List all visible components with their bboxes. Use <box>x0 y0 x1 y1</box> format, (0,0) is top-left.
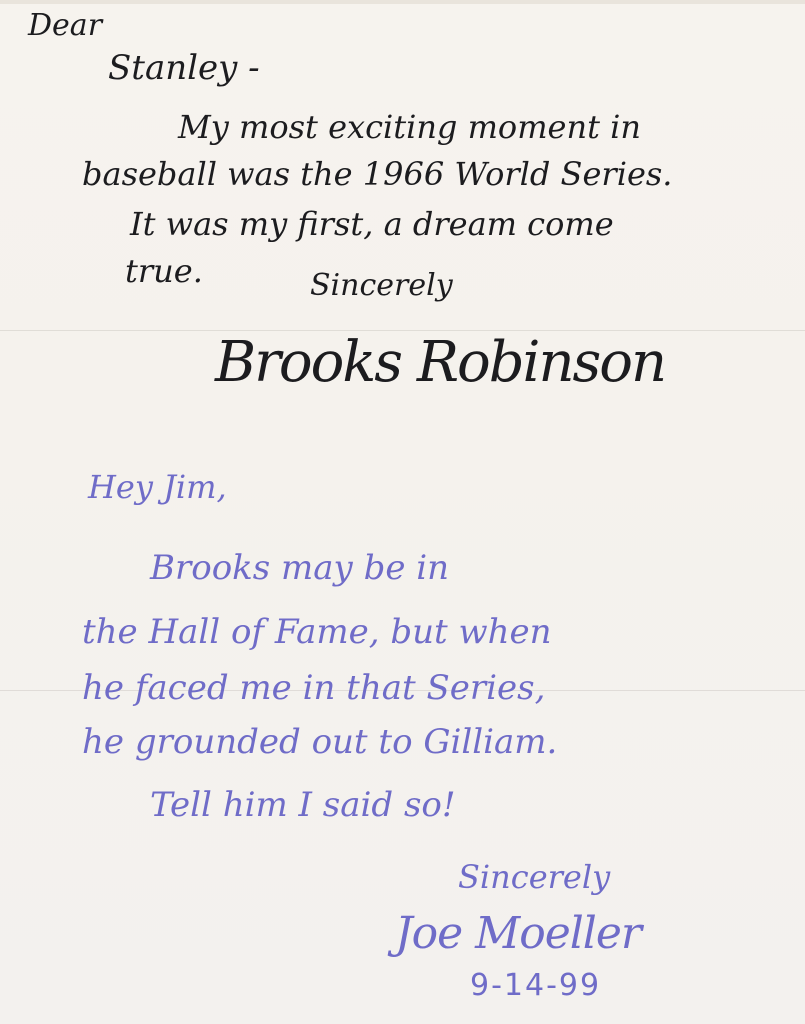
body-line: baseball was the 1966 World Series. <box>82 155 672 193</box>
body-line: true. <box>125 252 203 290</box>
closing-sincerely: Sincerely <box>310 268 453 303</box>
recipient-name: Stanley - <box>108 48 260 88</box>
body-line: the Hall of Fame, but when <box>82 612 552 652</box>
body-line: Brooks may be in <box>150 548 449 588</box>
letter-paper: Dear Stanley - My most exciting moment i… <box>0 0 805 1024</box>
closing-sincerely: Sincerely <box>458 858 610 896</box>
signature-joe-moeller: Joe Moeller <box>395 908 641 959</box>
body-line: he faced me in that Series, <box>82 668 545 708</box>
salutation-dear: Dear <box>28 8 102 43</box>
paper-top-edge <box>0 0 805 4</box>
body-line: he grounded out to Gilliam. <box>82 722 557 762</box>
salutation-hey-jim: Hey Jim, <box>88 468 227 506</box>
letter-date: 9-14-99 <box>470 968 601 1003</box>
body-line: My most exciting moment in <box>178 108 641 146</box>
body-line: It was my first, a dream come <box>130 205 614 243</box>
signature-brooks-robinson: Brooks Robinson <box>215 330 665 395</box>
body-line: Tell him I said so! <box>150 785 456 825</box>
